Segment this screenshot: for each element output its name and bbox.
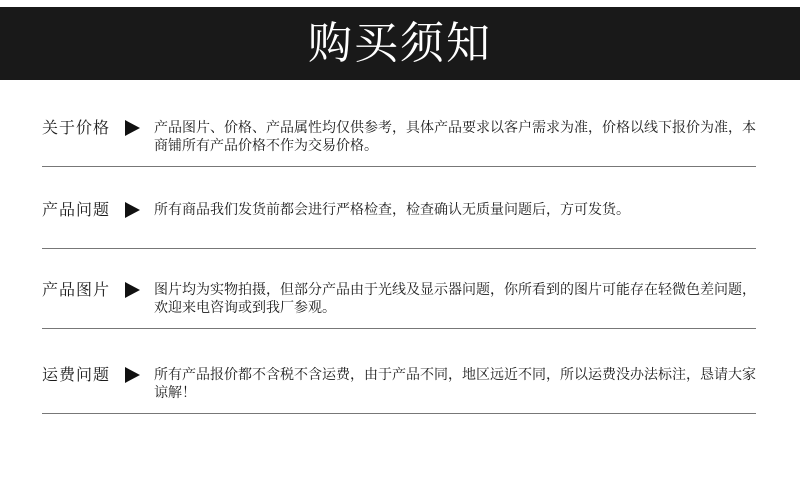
section-product-images: 产品图片 图片均为实物拍摄，但部分产品由于光线及显示器问题，你所看到的图片可能存… xyxy=(42,280,756,317)
page-title: 购买须知 xyxy=(308,22,492,66)
header-banner: 购买须知 xyxy=(0,7,800,80)
section-shipping: 运费问题 所有产品报价都不含税不含运费，由于产品不同，地区远近不同，所以运费没办… xyxy=(42,365,756,402)
section-label: 产品问题 xyxy=(42,200,120,220)
section-description: 产品图片、价格、产品属性均仅供参考，具体产品要求以客户需求为准，价格以线下报价为… xyxy=(154,118,756,155)
triangle-right-icon xyxy=(125,367,140,383)
divider xyxy=(42,248,756,249)
section-row: 关于价格 产品图片、价格、产品属性均仅供参考，具体产品要求以客户需求为准，价格以… xyxy=(42,118,756,155)
section-label: 产品图片 xyxy=(42,280,120,300)
triangle-right-icon xyxy=(125,282,140,298)
section-row: 产品问题 所有商品我们发货前都会进行严格检查，检查确认无质量问题后，方可发货。 xyxy=(42,200,756,220)
section-label: 运费问题 xyxy=(42,365,120,385)
section-row: 产品图片 图片均为实物拍摄，但部分产品由于光线及显示器问题，你所看到的图片可能存… xyxy=(42,280,756,317)
divider xyxy=(42,328,756,329)
divider xyxy=(42,166,756,167)
section-row: 运费问题 所有产品报价都不含税不含运费，由于产品不同，地区远近不同，所以运费没办… xyxy=(42,365,756,402)
triangle-right-icon xyxy=(125,120,140,136)
section-description: 所有商品我们发货前都会进行严格检查，检查确认无质量问题后，方可发货。 xyxy=(154,200,756,219)
section-label: 关于价格 xyxy=(42,118,120,138)
triangle-right-icon xyxy=(125,202,140,218)
section-price: 关于价格 产品图片、价格、产品属性均仅供参考，具体产品要求以客户需求为准，价格以… xyxy=(42,118,756,155)
section-description: 所有产品报价都不含税不含运费，由于产品不同，地区远近不同，所以运费没办法标注，恳… xyxy=(154,365,756,402)
divider xyxy=(42,413,756,414)
section-product-issues: 产品问题 所有商品我们发货前都会进行严格检查，检查确认无质量问题后，方可发货。 xyxy=(42,200,756,220)
section-description: 图片均为实物拍摄，但部分产品由于光线及显示器问题，你所看到的图片可能存在轻微色差… xyxy=(154,280,756,317)
